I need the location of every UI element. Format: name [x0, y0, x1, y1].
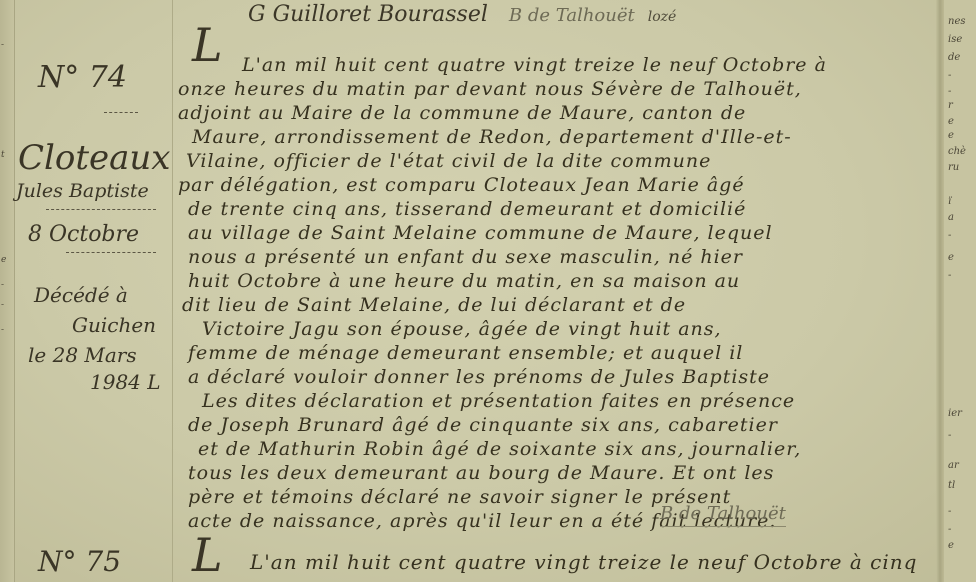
right-page-fragment: e: [948, 252, 954, 263]
header-names: G Guilloret Bourassel: [248, 2, 488, 27]
underline: [104, 112, 138, 114]
register-page: - t e - - - G Guilloret Bourassel B de T…: [0, 0, 976, 582]
record-line: huit Octobre à une heure du matin, en sa…: [188, 270, 740, 292]
left-page-fragment: -: [1, 280, 4, 290]
right-page-fragment: e: [948, 116, 954, 127]
right-page-fragment: chè: [948, 146, 966, 157]
record-line: tous les deux demeurant au bourg de Maur…: [188, 462, 774, 484]
header-faint-signature: B de Talhouët: [509, 5, 635, 26]
decorative-initial-next: L: [192, 528, 223, 582]
margin-birth-date: 8 Octobre: [28, 222, 139, 247]
entry-number: N° 74: [38, 60, 127, 95]
previous-page-edge: - t e - - -: [0, 0, 15, 582]
header-suffix: lozé: [648, 9, 677, 25]
record-line: de trente cinq ans, tisserand demeurant …: [188, 198, 746, 220]
record-line: et de Mathurin Robin âgé de soixante six…: [198, 438, 801, 460]
right-page-fragment: r: [948, 100, 953, 111]
record-line: onze heures du matin par devant nous Sév…: [178, 78, 802, 100]
record-line: adjoint au Maire de la commune de Maure,…: [178, 102, 746, 124]
right-page-fragment: -: [948, 506, 951, 517]
right-page-fragment: e: [948, 130, 954, 141]
margin-death-note: Décédé à: [34, 283, 128, 307]
right-page-fragment: -: [948, 430, 951, 441]
margin-death-place: Guichen: [72, 313, 156, 337]
left-page-fragment: -: [1, 300, 4, 310]
record-line: Maure, arrondissement de Redon, departem…: [192, 126, 792, 148]
right-page-fragment: -: [948, 270, 951, 281]
left-page-fragment: e: [1, 255, 6, 265]
right-page-fragment: nes: [948, 16, 966, 27]
left-page-fragment: -: [1, 325, 4, 335]
right-page-fragment: ise: [948, 34, 962, 45]
record-line: Victoire Jagu son épouse, âgée de vingt …: [202, 318, 722, 340]
right-page-fragment: a: [948, 212, 954, 223]
right-page-fragment: e: [948, 540, 954, 551]
record-line: femme de ménage demeurant ensemble; et a…: [188, 342, 743, 364]
right-page-fragment: -: [948, 86, 951, 97]
margin-death-year: 1984 L: [90, 370, 161, 394]
dashed-separator: [66, 252, 156, 254]
right-page-fragment: tl: [948, 480, 955, 491]
record-line: au village de Saint Melaine commune de M…: [188, 222, 773, 244]
margin-surname: Cloteaux: [18, 138, 171, 178]
record-line: par délégation, est comparu Cloteaux Jea…: [178, 174, 745, 196]
dashed-separator: [46, 209, 156, 211]
record-line: dit lieu de Saint Melaine, de lui déclar…: [182, 294, 686, 316]
margin-rule: [172, 0, 173, 582]
book-gutter: [936, 0, 944, 582]
right-page-fragment: -: [948, 230, 951, 241]
record-line: père et témoins déclaré ne savoir signer…: [188, 486, 731, 508]
right-page-fragment: ru: [948, 162, 959, 173]
right-page-fragment: ar: [948, 460, 959, 471]
left-page-fragment: -: [1, 40, 4, 50]
record-line: Les dites déclaration et présentation fa…: [202, 390, 795, 412]
margin-death-date: le 28 Mars: [28, 343, 137, 367]
left-page-fragment: t: [1, 150, 5, 160]
record-line: de Joseph Brunard âgé de cinquante six a…: [188, 414, 778, 436]
header-signatures: G Guilloret Bourassel B de Talhouët lozé: [248, 2, 676, 27]
next-record-first-line: L'an mil huit cent quatre vingt treize l…: [250, 550, 917, 574]
decorative-initial: L: [192, 18, 223, 72]
record-line: nous a présenté un enfant du sexe mascul…: [188, 246, 743, 268]
next-entry-number: N° 75: [38, 545, 121, 578]
margin-given-names: Jules Baptiste: [16, 180, 149, 202]
right-page-fragment: -: [948, 70, 951, 81]
right-page-fragment: de: [948, 52, 960, 63]
officer-signature: B de Talhouët: [660, 503, 786, 527]
record-line: a déclaré vouloir donner les prénoms de …: [188, 366, 770, 388]
right-page-fragment: -: [948, 524, 951, 535]
right-page-fragment: ier: [948, 408, 962, 419]
right-page-fragment: ï: [948, 196, 951, 207]
record-line: Vilaine, officier de l'état civil de la …: [186, 150, 711, 172]
record-line: L'an mil huit cent quatre vingt treize l…: [242, 54, 827, 76]
